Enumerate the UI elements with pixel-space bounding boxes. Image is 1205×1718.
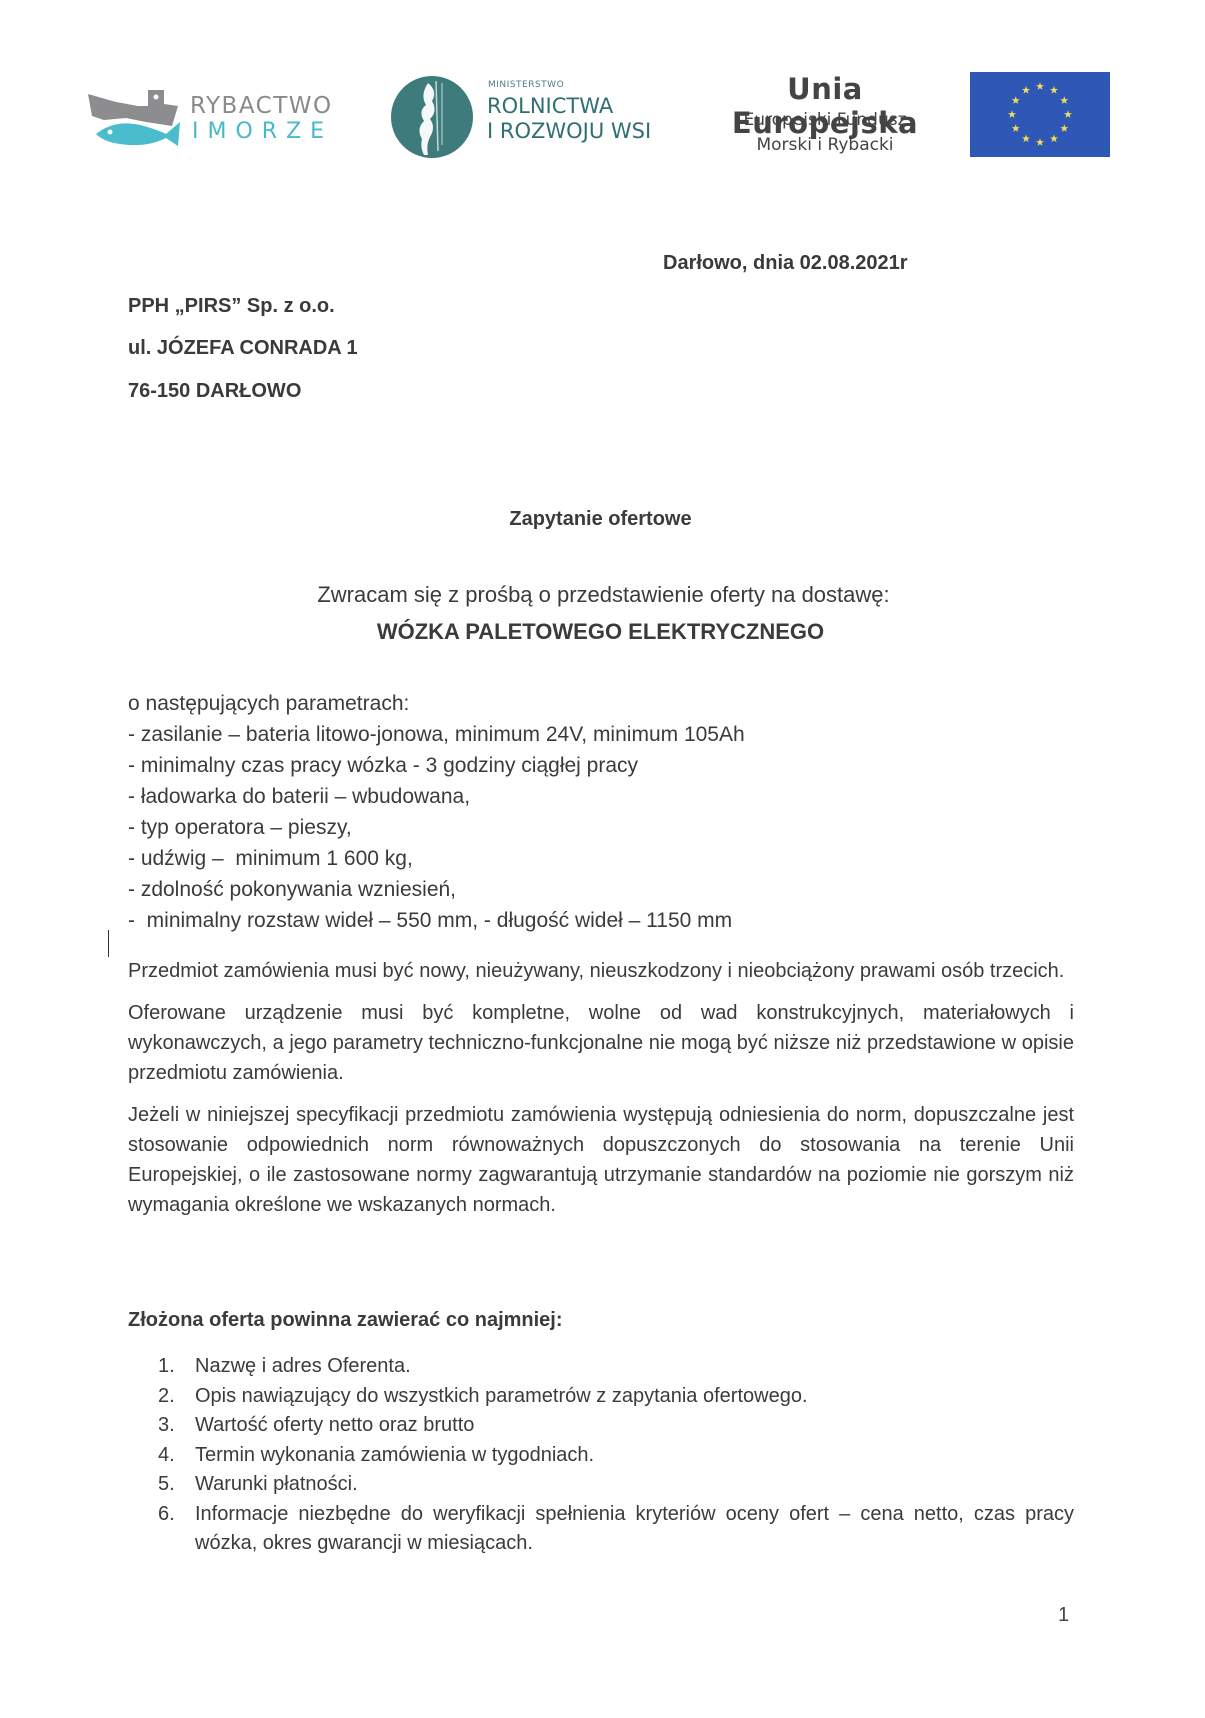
parameters-list: o następujących parametrach: - zasilanie… <box>128 688 745 936</box>
list-text: Warunki płatności. <box>195 1470 1074 1500</box>
request-subject: WÓZKA PALETOWEGO ELEKTRYCZNEGO <box>0 619 1203 645</box>
list-number: 6. <box>158 1500 195 1559</box>
list-text: Wartość oferty netto oraz brutto <box>195 1411 1074 1441</box>
list-text: Opis nawiązujący do wszystkich parametró… <box>195 1382 1074 1412</box>
list-text: Informacje niezbędne do weryfikacji speł… <box>195 1500 1074 1559</box>
list-number: 4. <box>158 1441 195 1471</box>
logo-ministry-line1: ROLNICTWA <box>487 94 613 118</box>
list-number: 5. <box>158 1470 195 1500</box>
recipient-line-1: PPH „PIRS” Sp. z o.o. <box>128 295 335 318</box>
eu-flag-icon <box>970 72 1110 157</box>
list-item: 5.Warunki płatności. <box>158 1470 1074 1500</box>
body-paragraphs: Przedmiot zamówienia musi być nowy, nieu… <box>128 956 1074 1232</box>
paragraph: Przedmiot zamówienia musi być nowy, nieu… <box>128 956 1074 986</box>
ship-fish-logo-icon <box>86 86 186 148</box>
offer-requirements-list: 1.Nazwę i adres Oferenta. 2.Opis nawiązu… <box>158 1352 1074 1559</box>
parameter-item: - typ operatora – pieszy, <box>128 812 745 843</box>
parameter-item: - udźwig – minimum 1 600 kg, <box>128 843 745 874</box>
logo-rybactwo-line1: RYBACTWO <box>190 93 333 119</box>
list-item: 3.Wartość oferty netto oraz brutto <box>158 1411 1074 1441</box>
parameters-intro: o następujących parametrach: <box>128 688 745 719</box>
list-item: 4.Termin wykonania zamówienia w tygodnia… <box>158 1441 1074 1471</box>
paragraph: Oferowane urządzenie musi być kompletne,… <box>128 998 1074 1088</box>
parameter-item: - minimalny rozstaw wideł – 550 mm, - dł… <box>128 905 745 936</box>
logo-eu-sub2: Morski i Rybacki <box>700 135 950 155</box>
paragraph: Jeżeli w niniejszej specyfikacji przedmi… <box>128 1100 1074 1220</box>
list-item: 1.Nazwę i adres Oferenta. <box>158 1352 1074 1382</box>
list-text: Nazwę i adres Oferenta. <box>195 1352 1074 1382</box>
margin-mark <box>108 930 109 957</box>
logo-rybactwo-line2: IMORZE <box>192 119 333 144</box>
list-number: 3. <box>158 1411 195 1441</box>
list-number: 1. <box>158 1352 195 1382</box>
wheat-circle-logo-icon <box>390 75 474 159</box>
list-item: 6.Informacje niezbędne do weryfikacji sp… <box>158 1500 1074 1559</box>
page-number: 1 <box>1058 1604 1069 1627</box>
logo-ministry-line2: I ROZWOJU WSI <box>487 119 651 143</box>
offer-heading: Złożona oferta powinna zawierać co najmn… <box>128 1309 563 1332</box>
request-intro: Zwracam się z prośbą o przedstawienie of… <box>1 582 1205 608</box>
letter-date: Darłowo, dnia 02.08.2021r <box>663 252 908 275</box>
document-title: Zapytanie ofertowe <box>0 508 1203 531</box>
parameter-item: - ładowarka do baterii – wbudowana, <box>128 781 745 812</box>
list-item: 2.Opis nawiązujący do wszystkich paramet… <box>158 1382 1074 1412</box>
logo-ministry-small: MINISTERSTWO <box>488 80 564 90</box>
list-text: Termin wykonania zamówienia w tygodniach… <box>195 1441 1074 1471</box>
parameter-item: - minimalny czas pracy wózka - 3 godziny… <box>128 750 745 781</box>
list-number: 2. <box>158 1382 195 1412</box>
logo-eu-sub1: Europejski Fundusz <box>700 110 950 130</box>
recipient-line-2: ul. JÓZEFA CONRADA 1 <box>128 337 358 360</box>
recipient-line-3: 76-150 DARŁOWO <box>128 380 301 403</box>
parameter-item: - zdolność pokonywania wzniesień, <box>128 874 745 905</box>
parameter-item: - zasilanie – bateria litowo-jonowa, min… <box>128 719 745 750</box>
